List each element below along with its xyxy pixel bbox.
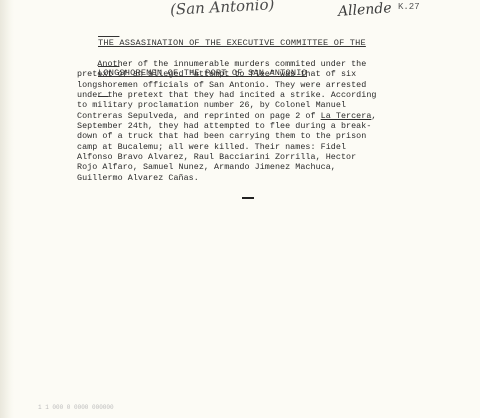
body-line: down of a truck that had been carrying t…	[77, 131, 437, 141]
body-paragraph: Another of the innumerable murders commi…	[77, 59, 437, 183]
scan-edge-shadow	[0, 0, 14, 418]
body-line-citation: Contreras Sepulveda, and reprinted on pa…	[77, 111, 437, 121]
title-line-1: THE ASSASINATION OF THE EXECUTIVE COMMIT…	[98, 38, 398, 48]
handwritten-signature: Allende	[338, 0, 393, 20]
body-line: Rojo Alfaro, Samuel Nunez, Armando Jimen…	[77, 162, 437, 172]
body-line: Guillermo Alvarez Cañas.	[77, 173, 437, 183]
body-line: pretext of an alleged "attempt to flee" …	[77, 69, 437, 79]
end-dash-divider	[242, 197, 254, 199]
faint-footer-text: 1 1 000 0 0000 000000	[38, 404, 114, 411]
body-line: September 24th, they had attempted to fl…	[77, 121, 437, 131]
page-number: K.27	[398, 2, 420, 12]
body-line: longshoremen officials of San Antonio. T…	[77, 80, 437, 90]
document-page: (San Antonio) Allende K.27 THE ASSASINAT…	[0, 0, 480, 418]
body-line: Another of the innumerable murders commi…	[77, 59, 437, 69]
body-line: Alfonso Bravo Alvarez, Raul Bacciarini Z…	[77, 152, 437, 162]
citation-suffix: ,	[371, 111, 376, 121]
body-line: camp at Bucalemu; all were killed. Their…	[77, 142, 437, 152]
body-line-text: Contreras Sepulveda, and reprinted on pa…	[77, 111, 321, 121]
body-line: to military proclamation number 26, by C…	[77, 100, 437, 110]
newspaper-citation: La Tercera	[321, 111, 372, 121]
handwritten-note: (San Antonio)	[170, 0, 275, 19]
body-line: under the pretext that they had incited …	[77, 90, 437, 100]
